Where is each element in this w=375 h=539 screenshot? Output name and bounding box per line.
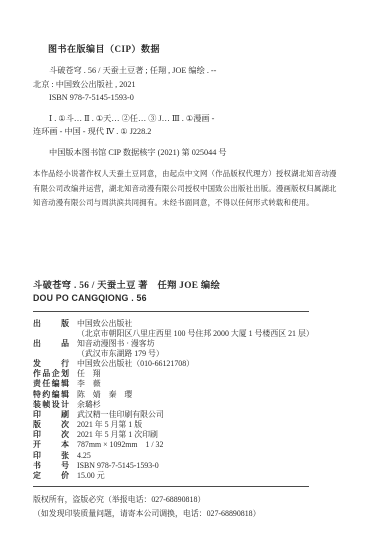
colophon-label: 版次 — [33, 420, 69, 430]
colophon-value: 中国致公出版社 — [77, 319, 132, 329]
colophon-value: 15.00 元 — [77, 471, 105, 481]
colophon-label: 特约编辑 — [33, 390, 69, 400]
book-title-block: 斗破苍穹 . 56 / 天蚕土豆 著 任翔 JOE 编绘 DOU PO CANG… — [33, 280, 342, 305]
colophon-row: 书号 ISBN 978-7-5145-1593-0 — [33, 461, 342, 471]
colophon-row: 开本 787mm × 1092mm 1 / 32 — [33, 440, 342, 450]
cip-title-line: 斗破苍穹 . 56 / 天蚕土豆著 ; 任翔 , JOE 编绘 . -- — [33, 64, 342, 78]
colophon-value: 787mm × 1092mm 1 / 32 — [77, 440, 163, 450]
colophon-row: 特约编辑 陈 婧 秦 璎 — [33, 390, 342, 400]
colophon-value: 李 薇 — [77, 379, 101, 389]
colophon-label: 出品 — [33, 339, 69, 349]
colophon-value: 4.25 — [77, 451, 91, 461]
book-title: 斗破苍穹 . 56 / 天蚕土豆 著 任翔 JOE 编绘 — [33, 280, 342, 292]
colophon-label: 作品企划 — [33, 369, 69, 379]
colophon-label: 印刷 — [33, 410, 69, 420]
colophon-value: （武汉市东湖路 179 号） — [77, 349, 164, 359]
colophon-row: 发行 中国致公出版社（010-66121708） — [33, 359, 342, 369]
cip-data-block: 斗破苍穹 . 56 / 天蚕土豆著 ; 任翔 , JOE 编绘 . -- 北京 … — [33, 64, 342, 159]
colophon-row: 印张 4.25 — [33, 451, 342, 461]
colophon-value: 余璐杉 — [77, 400, 101, 410]
colophon-label: 责任编辑 — [33, 379, 69, 389]
colophon-value: 武汉精一佳印刷有限公司 — [77, 410, 164, 420]
colophon-row: 责任编辑 李 薇 — [33, 379, 342, 389]
cip-classification-line-2: 连环画 - 中国 - 现代 Ⅳ . ① J228.2 — [33, 125, 342, 139]
colophon-value: 任 翔 — [77, 369, 101, 379]
colophon-label — [33, 329, 69, 339]
colophon-row: （武汉市东湖路 179 号） — [33, 349, 342, 359]
divider-bottom — [33, 486, 309, 487]
colophon-label — [33, 349, 69, 359]
colophon-label: 印次 — [33, 430, 69, 440]
colophon-value: 知音动漫图书 · 漫客坊 — [77, 339, 155, 349]
colophon-value: 2021 年 5 月第 1 版 — [77, 420, 142, 430]
cip-publisher-line: 北京 : 中国致公出版社 , 2021 — [33, 78, 342, 92]
colophon-label: 出版 — [33, 319, 69, 329]
book-title-pinyin: DOU PO CANGQIONG . 56 — [33, 292, 342, 305]
colophon-row: 作品企划 任 翔 — [33, 369, 342, 379]
colophon-label: 定价 — [33, 471, 69, 481]
copyright-footer: 版权所有，盗版必究（举报电话：027-68890818） （如发现印装质量问题，… — [33, 493, 342, 520]
colophon-value: 中国致公出版社（010-66121708） — [77, 359, 194, 369]
spacer — [33, 105, 342, 112]
colophon-row: 出版 中国致公出版社 — [33, 319, 342, 329]
spacer — [33, 139, 342, 146]
colophon-row: 出品 知音动漫图书 · 漫客坊 — [33, 339, 342, 349]
license-notice: 本作品经小说著作权人天蚕土豆同意，由起点中文网（作品版权代理方）授权湖北知音动漫… — [33, 167, 342, 211]
colophon-row: 印刷 武汉精一佳印刷有限公司 — [33, 410, 342, 420]
quality-exchange-notice: （如发现印装质量问题，请寄本公司调换，电话：027-68890818） — [33, 507, 342, 521]
colophon-label: 印张 — [33, 451, 69, 461]
colophon-label: 开本 — [33, 440, 69, 450]
copyright-page: 图书在版编目（CIP）数据 斗破苍穹 . 56 / 天蚕土豆著 ; 任翔 , J… — [0, 0, 375, 539]
license-line-3: 知音动漫有限公司与周洪滨共同拥有。未经书面同意，不得以任何形式转载和使用。 — [33, 196, 342, 211]
colophon-value: 2021 年 5 月第 1 次印刷 — [77, 430, 158, 440]
colophon-list: 出版 中国致公出版社 （北京市朝阳区八里庄西里 100 号住邦 2000 大厦 … — [33, 319, 342, 482]
colophon-label: 发行 — [33, 359, 69, 369]
license-line-2: 有限公司改编并运营，湖北知音动漫有限公司授权中国致公出版社出版。漫画版权归属湖北 — [33, 182, 342, 197]
cip-heading: 图书在版编目（CIP）数据 — [33, 42, 342, 55]
divider-top — [33, 311, 309, 312]
colophon-row: （北京市朝阳区八里庄西里 100 号住邦 2000 大厦 1 号楼西区 21 层… — [33, 329, 342, 339]
colophon-label: 书号 — [33, 461, 69, 471]
anti-piracy-notice: 版权所有，盗版必究（举报电话：027-68890818） — [33, 493, 342, 507]
colophon-row: 定价 15.00 元 — [33, 471, 342, 481]
colophon-row: 版次 2021 年 5 月第 1 版 — [33, 420, 342, 430]
cip-isbn-line: ISBN 978-7-5145-1593-0 — [33, 91, 342, 105]
colophon-value: ISBN 978-7-5145-1593-0 — [77, 461, 159, 471]
colophon-label: 装帧设计 — [33, 400, 69, 410]
colophon-row: 印次 2021 年 5 月第 1 次印刷 — [33, 430, 342, 440]
colophon-row: 装帧设计 余璐杉 — [33, 400, 342, 410]
cip-record-number: 中国版本图书馆 CIP 数据核字 (2021) 第 025044 号 — [33, 146, 342, 160]
cip-classification-line-1: Ⅰ . ①斗… Ⅱ . ①天… ②任… ③ J… Ⅲ . ①漫画 - — [33, 112, 342, 126]
colophon-value: （北京市朝阳区八里庄西里 100 号住邦 2000 大厦 1 号楼西区 21 层… — [77, 329, 314, 339]
license-line-1: 本作品经小说著作权人天蚕土豆同意，由起点中文网（作品版权代理方）授权湖北知音动漫 — [33, 167, 342, 182]
colophon-value: 陈 婧 秦 璎 — [77, 390, 132, 400]
